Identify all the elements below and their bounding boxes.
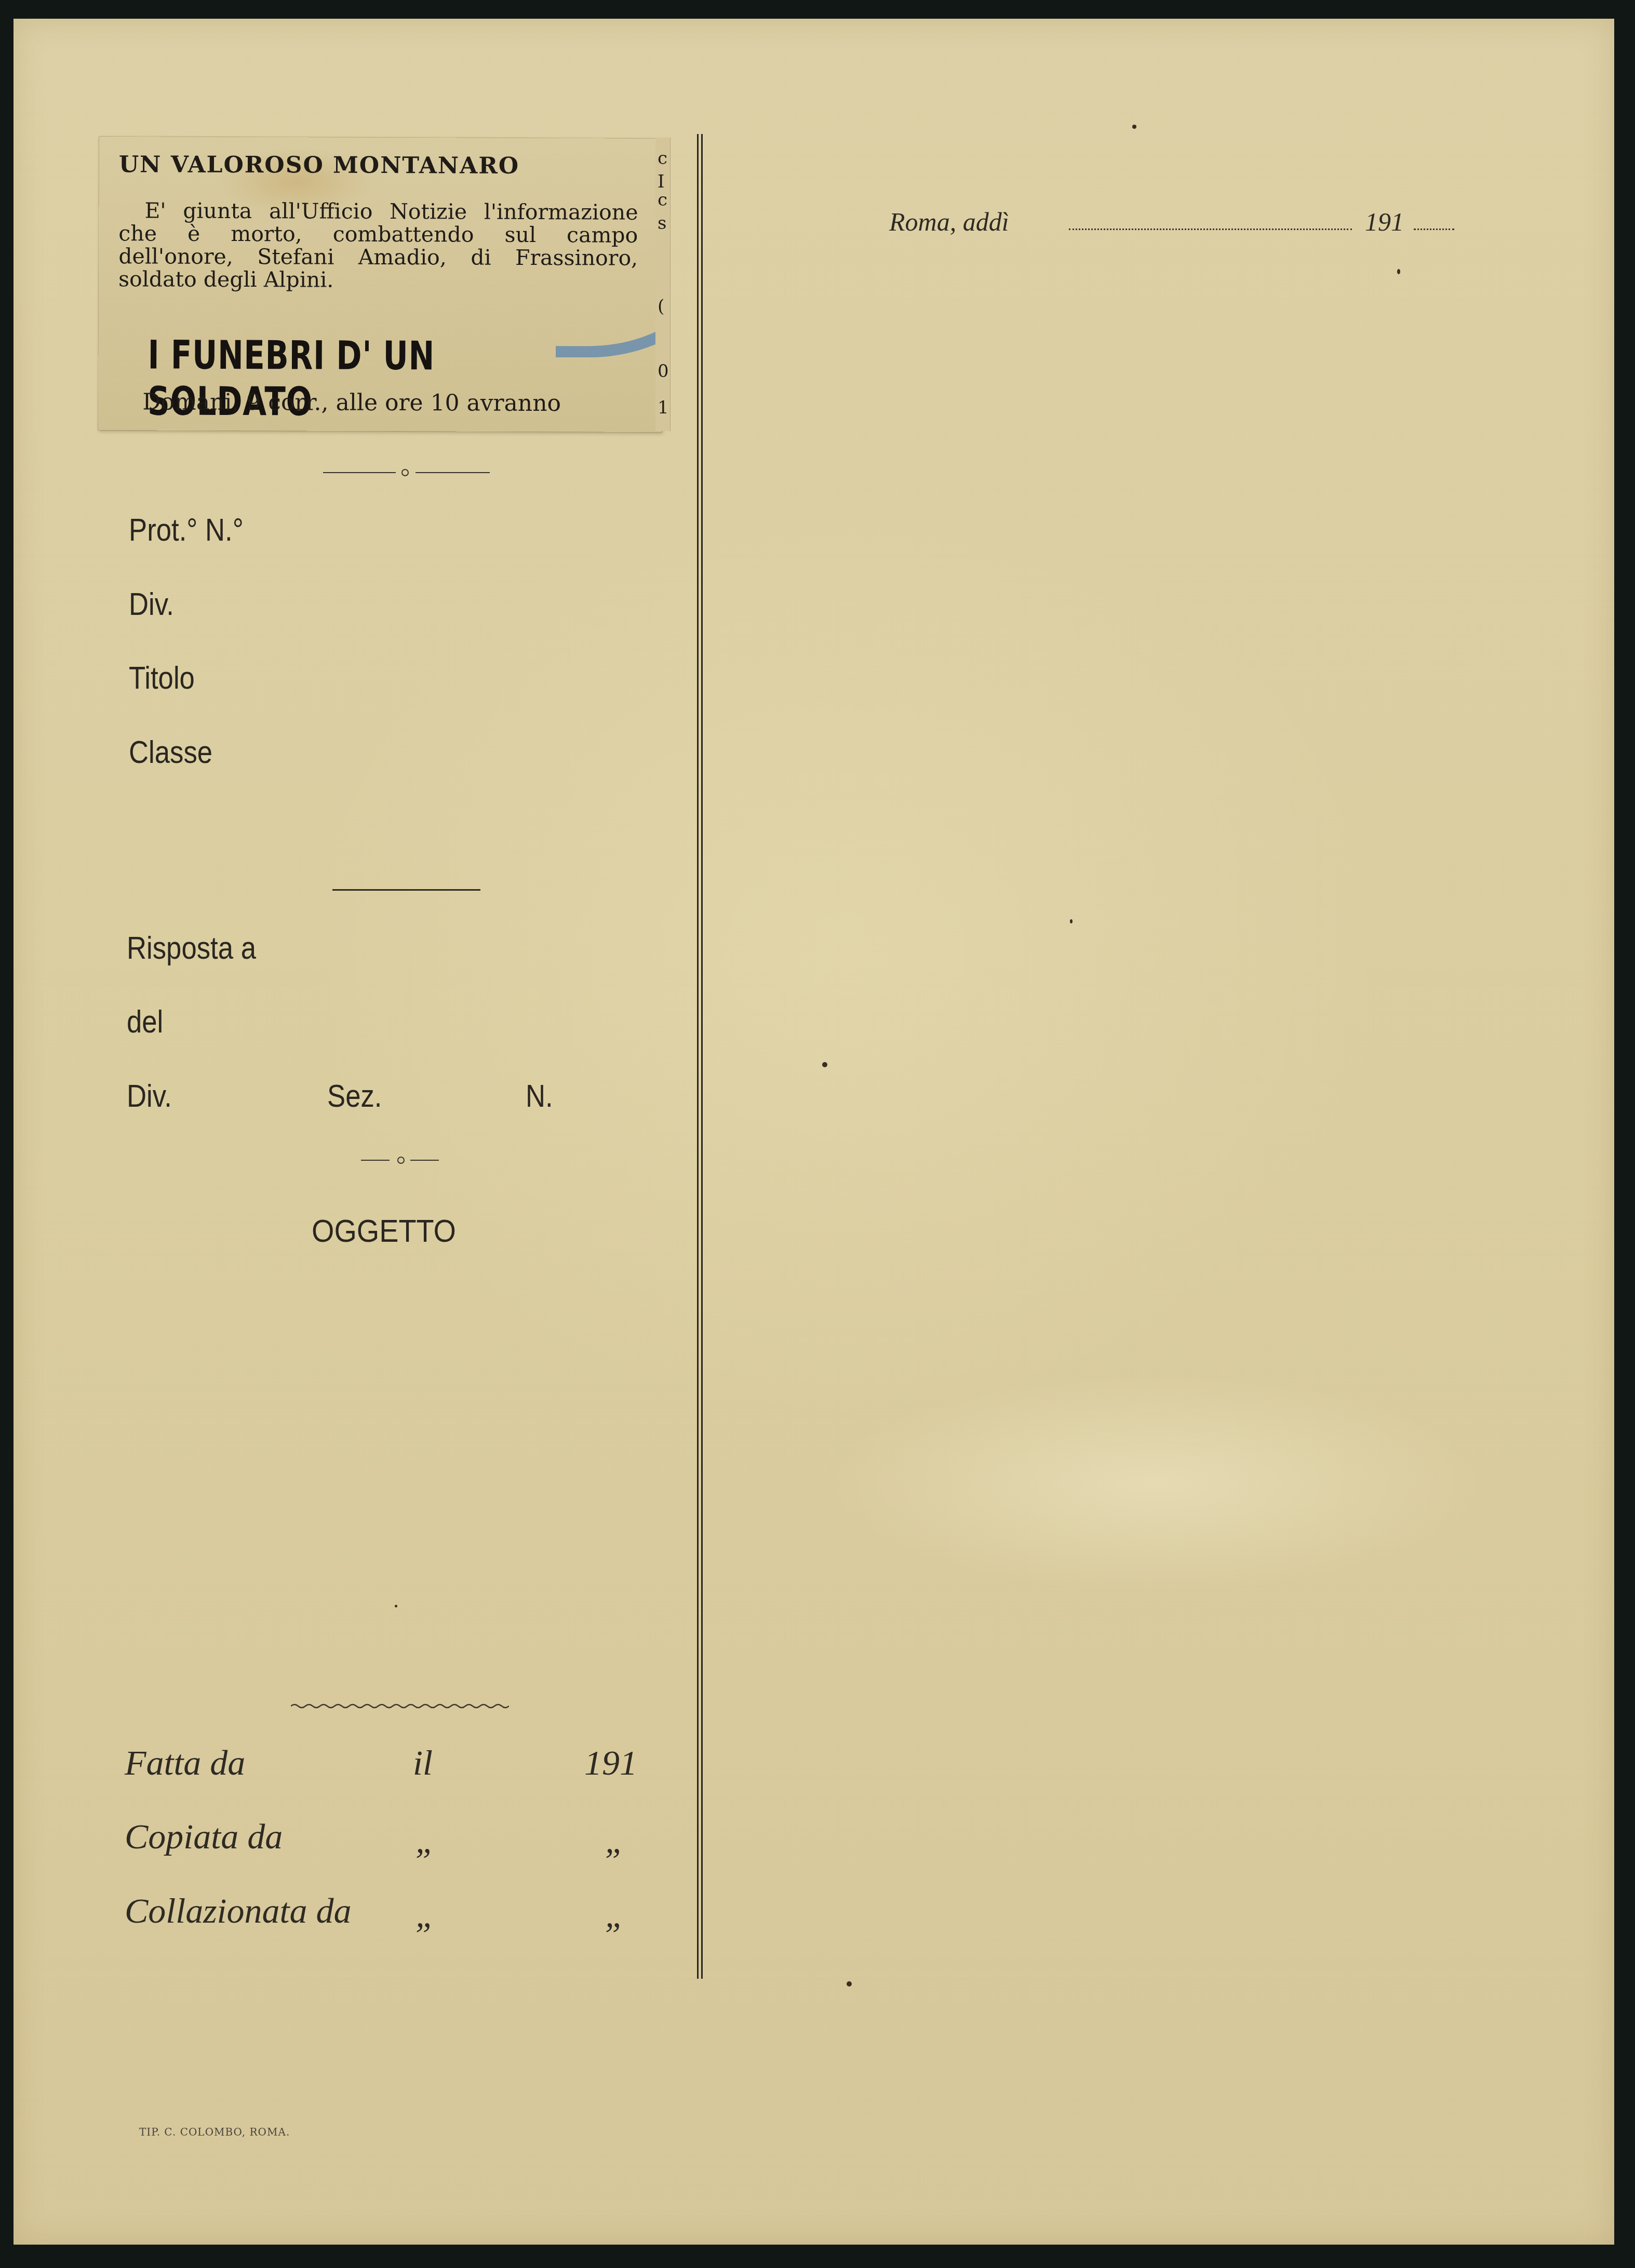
fragment-char: 0 xyxy=(658,361,669,382)
year-label: 191 xyxy=(584,1742,637,1783)
class-label: Classe xyxy=(129,734,212,771)
reply-section-label: Sez. xyxy=(327,1078,382,1115)
clipping-headline: UN VALOROSO MONTANARO xyxy=(119,151,520,179)
ditto-mark: „ xyxy=(605,1895,625,1936)
reply-number-label: N. xyxy=(526,1078,553,1115)
division-label: Div. xyxy=(129,586,174,623)
paper-speck xyxy=(1397,269,1400,274)
fragment-char: 1 xyxy=(658,397,669,418)
ornament-rule-right xyxy=(410,1160,439,1161)
ornament-rule-right xyxy=(416,472,490,473)
copied-by-label: Copiata da xyxy=(125,1816,283,1857)
paper-speck xyxy=(395,1605,397,1607)
ditto-mark: „ xyxy=(605,1820,625,1861)
date-on-label: il xyxy=(413,1742,433,1783)
fragment-char: c xyxy=(658,190,667,210)
separator-rule xyxy=(332,889,480,891)
subject-label: OGGETTO xyxy=(312,1213,456,1250)
collated-by-label: Collazionata da xyxy=(125,1890,351,1931)
title-label: Titolo xyxy=(129,660,195,696)
paper-speck xyxy=(847,1981,852,1987)
fragment-char: s xyxy=(658,213,666,234)
clipping-last-line: Domani, 9 corr., alle ore 10 avranno xyxy=(142,388,561,417)
year-dotted-line[interactable] xyxy=(1414,229,1454,230)
ornament-rule-left xyxy=(323,472,396,473)
year-prefix: 191 xyxy=(1365,207,1404,237)
fragment-char: ( xyxy=(658,296,664,317)
paper-speck xyxy=(822,1062,827,1067)
clipping-side-fragment: c I c s ( 0 1 xyxy=(655,138,670,431)
of-date-label: del xyxy=(127,1003,163,1040)
paper-speck xyxy=(1070,919,1073,923)
column-divider-right xyxy=(701,134,703,1979)
reply-to-label: Risposta a xyxy=(127,930,256,967)
reply-division-label: Div. xyxy=(127,1078,172,1115)
protocol-number-label: Prot.° N.° xyxy=(129,512,244,548)
newspaper-clipping: UN VALOROSO MONTANARO E' giunta all'Uffi… xyxy=(98,137,663,432)
printer-imprint: TIP. C. COLOMBO, ROMA. xyxy=(139,2126,290,2138)
ornament-rule-left xyxy=(361,1160,390,1161)
blue-pencil-mark xyxy=(556,137,663,358)
place-date-label: Roma, addì xyxy=(889,207,1009,237)
date-dotted-line[interactable] xyxy=(1069,229,1352,230)
column-divider-left xyxy=(697,134,699,1979)
ornament-circle xyxy=(401,469,409,476)
made-by-label: Fatta da xyxy=(125,1742,245,1783)
ditto-mark: „ xyxy=(416,1895,435,1936)
wavy-separator xyxy=(291,1701,509,1711)
paper-speck xyxy=(1132,125,1136,129)
ornament-circle xyxy=(397,1157,405,1164)
ditto-mark: „ xyxy=(416,1820,435,1861)
fragment-char: I xyxy=(658,171,664,192)
fragment-char: c xyxy=(658,148,667,169)
